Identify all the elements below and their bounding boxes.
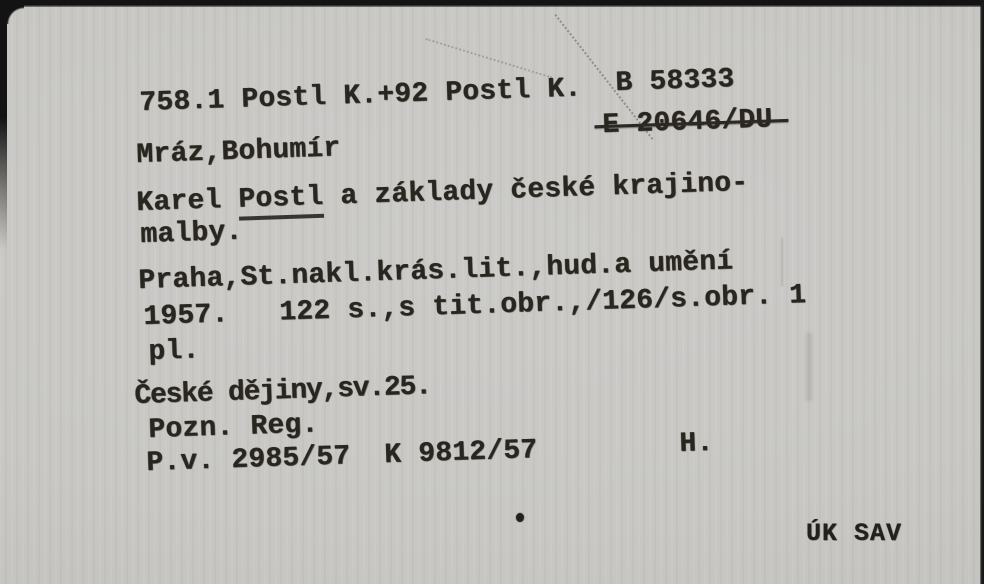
scan-smudge-streak — [806, 333, 812, 401]
scan-edge-top — [0, 0, 984, 7]
title-wrap-line: malby. — [140, 219, 243, 250]
scanned-catalog-card: 758.1 Postl K.+92 Postl K. B 58333 E 206… — [0, 0, 984, 584]
imprint-line-3: pl. — [148, 337, 200, 367]
title-part-before: Karel — [136, 185, 239, 219]
shelf-mark: B 58333 — [615, 66, 735, 98]
note-line: Pozn. Reg. — [148, 411, 319, 445]
author-heading: Mráz,Bohumír — [136, 135, 341, 170]
library-stamp: ÚK SAV — [806, 521, 902, 546]
title-part-underlined: Postl — [238, 182, 324, 221]
scan-edge-right — [980, 0, 984, 584]
card-rounded-corner — [0, 0, 24, 24]
scan-edge-left — [0, 0, 7, 260]
scan-smudge-streak — [781, 238, 783, 286]
cataloguer-initial: H. — [679, 430, 714, 459]
cancelled-shelf-mark: E 20646/DU — [602, 106, 773, 140]
stray-ink-dot — [516, 513, 524, 522]
